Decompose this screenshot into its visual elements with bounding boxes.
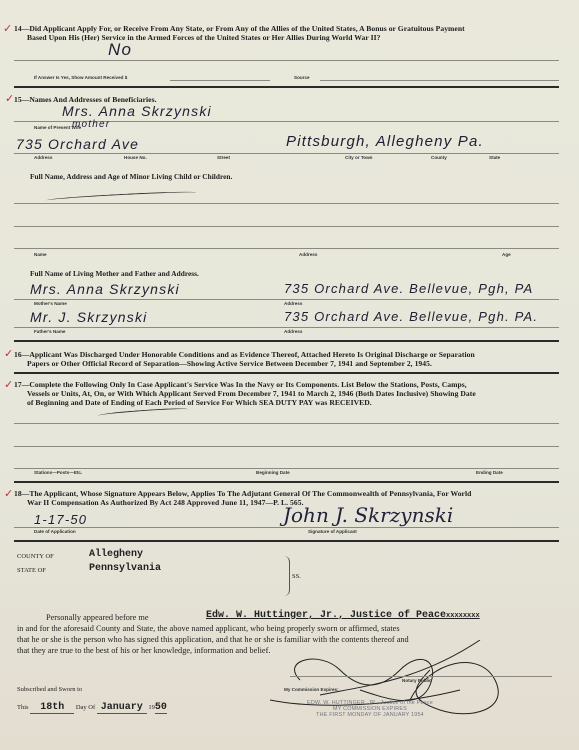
father-address: 735 Orchard Ave. Bellevue, Pgh. PA.: [284, 309, 538, 324]
pen-stroke: [46, 190, 196, 203]
question-text: Complete the Following Only In Case Appl…: [29, 380, 466, 389]
mother-name-label: Mother's Name: [34, 301, 67, 306]
minor-age-label: Age: [502, 252, 511, 257]
question-text: Did Applicant Apply For, or Receive From…: [29, 24, 464, 33]
county-label: County: [431, 155, 447, 160]
mother-line: [14, 299, 559, 300]
check-mark-icon: ✓: [4, 347, 13, 360]
day-value: 18th: [30, 702, 74, 714]
county-label: COUNTY OF: [17, 553, 54, 560]
address-label: Address: [34, 155, 52, 160]
notary-stamp: EDW. W. HUTTINGER, JR., Justice of the P…: [290, 700, 450, 718]
paragraph-line: in and for the aforesaid County and Stat…: [17, 623, 572, 634]
father-line: [14, 327, 559, 328]
application-page: ✓ 14—Did Applicant Apply For, or Receive…: [0, 0, 579, 750]
question-text: Applicant Was Discharged Under Honorable…: [29, 350, 474, 359]
date-signature-line: [14, 527, 559, 528]
this-label: This: [17, 704, 29, 711]
section-divider: [14, 372, 559, 374]
state-value: Pennsylvania: [89, 563, 161, 574]
ss-label: SS.: [292, 573, 301, 580]
father-address-label: Address: [284, 329, 302, 334]
mother-address: 735 Orchard Ave. Bellevue, Pgh, PA: [284, 281, 533, 296]
pen-stroke: [98, 407, 188, 418]
county-value: Allegheny: [89, 549, 143, 560]
check-mark-icon: ✓: [5, 92, 14, 105]
minor-address-label: Address: [299, 252, 317, 257]
sworn-label: Subscribed and Sworn to: [17, 686, 82, 693]
amount-received-label: If Answer Is Yes, Show Amount Received $: [34, 75, 127, 80]
notary-intro: Personally appeared before me: [46, 612, 149, 623]
beneficiary-city-county-state: Pittsburgh, Allegheny Pa.: [286, 133, 484, 150]
service-line-2[interactable]: [14, 446, 559, 447]
check-mark-icon: ✓: [4, 487, 13, 500]
father-name-label: Father's Name: [34, 329, 65, 334]
service-line-1[interactable]: [14, 423, 559, 424]
minor-name-label: Name: [34, 252, 47, 257]
parents-title: Full Name of Living Mother and Father an…: [30, 269, 199, 278]
question-text: Based Upon His (Her) Service in the Arme…: [14, 33, 380, 42]
house-no-label: House No.: [124, 155, 147, 160]
strikeout-text: xxxxxxxx: [446, 612, 480, 620]
stamp-line: THE FIRST MONDAY OF JANUARY 1954: [290, 712, 450, 718]
ending-date-label: Ending Date: [476, 470, 503, 475]
question-17: 17—Complete the Following Only In Case A…: [14, 380, 574, 407]
date-of-application-label: Date of Application: [34, 529, 76, 534]
question-text: The Applicant, Whose Signature Appears B…: [29, 489, 471, 498]
year-prefix: 19: [148, 704, 155, 711]
sworn-date: This 18th Day Of January 1950: [17, 702, 167, 713]
wife-name-note: mother: [72, 119, 110, 130]
question-14: 14—Did Applicant Apply For, or Receive F…: [14, 24, 574, 42]
beginning-date-label: Beginning Date: [256, 470, 290, 475]
signature-label: Signature of Applicant: [308, 529, 357, 534]
city-label: City or Town: [345, 155, 372, 160]
beneficiary-street-address: 735 Orchard Ave: [16, 136, 139, 152]
state-label: STATE OF: [17, 567, 46, 574]
question-number: 15—: [14, 95, 29, 104]
stations-label: Stations—Posts—Etc.: [34, 470, 82, 475]
section-divider: [14, 86, 559, 88]
question-text: Papers or Other Official Record of Separ…: [14, 359, 432, 368]
amount-received-field[interactable]: [170, 80, 270, 81]
question-number: 17—: [14, 380, 29, 389]
question-number: 16—: [14, 350, 29, 359]
notary-public-label: Notary Public: [402, 678, 432, 683]
notary-officer: Edw. W. Huttinger, Jr., Justice of Peace…: [206, 610, 480, 621]
father-name: Mr. J. Skrzynski: [30, 309, 147, 325]
service-line-3[interactable]: [14, 468, 559, 469]
check-mark-icon: ✓: [3, 22, 12, 35]
month-value: January: [97, 702, 147, 714]
minor-children-title: Full Name, Address and Age of Minor Livi…: [30, 172, 232, 181]
question-text: of Beginning and Date of Ending of Each …: [14, 398, 372, 407]
applicant-signature: John J. Skrzynski: [283, 503, 453, 527]
check-mark-icon: ✓: [4, 378, 13, 391]
source-label: Source: [294, 75, 310, 80]
notary-line: [290, 676, 552, 677]
question-16: 16—Applicant Was Discharged Under Honora…: [14, 350, 574, 368]
answer-line: [14, 60, 559, 61]
day-of-label: Day Of: [76, 704, 95, 711]
commission-label: My Commission Expires:: [284, 687, 339, 692]
question-number: 14—: [14, 24, 29, 33]
minor-line-1[interactable]: [14, 203, 559, 204]
source-field[interactable]: [320, 80, 559, 81]
mother-address-label: Address: [284, 301, 302, 306]
officer-name: Edw. W. Huttinger, Jr., Justice of Peace: [206, 610, 446, 621]
minor-line-2[interactable]: [14, 226, 559, 227]
minor-line-3[interactable]: [14, 248, 559, 249]
application-date: 1-17-50: [34, 512, 87, 527]
year-value: 50: [155, 702, 167, 714]
question-text: War II Compensation As Authorized By Act…: [14, 498, 304, 507]
section-divider: [14, 340, 559, 342]
street-label: Street: [217, 155, 230, 160]
address-line: [14, 153, 559, 154]
wife-name: Mrs. Anna Skrzynski: [62, 103, 212, 119]
bracket: [284, 556, 290, 596]
question-number: 18—: [14, 489, 29, 498]
section-divider: [14, 481, 559, 483]
question-text: Vessels or Units, At, On, or With Which …: [14, 389, 476, 398]
section-divider: [14, 540, 559, 542]
mother-name: Mrs. Anna Skrzynski: [30, 281, 180, 297]
bonus-answer: No: [108, 40, 132, 60]
state-label: State: [489, 155, 500, 160]
